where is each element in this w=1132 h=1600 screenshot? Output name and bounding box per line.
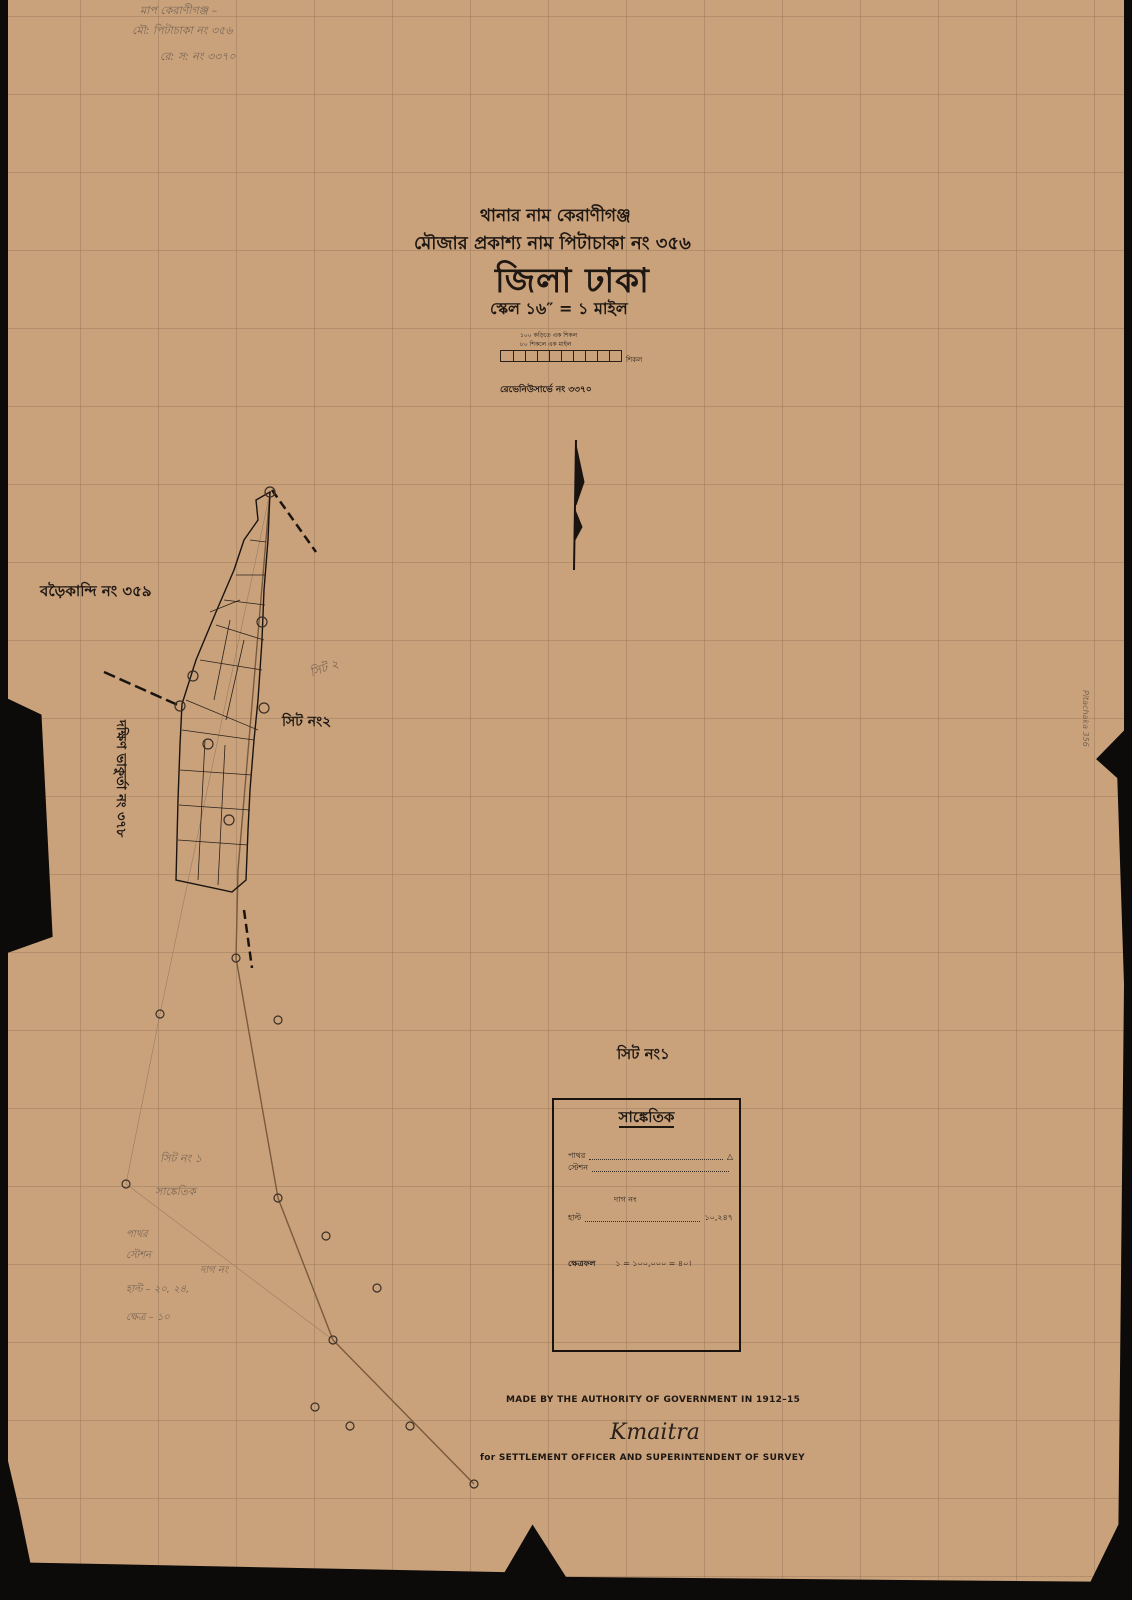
triangle-icon: △ [727, 1152, 733, 1161]
map-scale: স্কেল ১৬″ = ১ মাইল [490, 296, 628, 323]
sheet-1-label: সিট নং১ [617, 1043, 670, 1068]
legend-title: সাঙ্কেতিক [619, 1108, 675, 1128]
sheet-2-label: সিট নং২ [282, 710, 331, 734]
officer-signature: Kmaitra [610, 1420, 700, 1445]
thana-name: থানার নাম কেরাণীগঞ্জ [480, 203, 631, 231]
officer-title: for SETTLEMENT OFFICER AND SUPERINTENDEN… [480, 1453, 805, 1463]
pencil-note-sheet2: সিট ২ [307, 656, 342, 685]
revenue-survey-number: রেভেনিউসার্ভে নং ৩৩৭০ [500, 382, 592, 397]
pencil-note-left-1: সিট নং ১ [160, 1150, 202, 1169]
legend-row-area: ক্ষেত্রফল ১ = ১০০,০০০ = ৪০। [568, 1258, 733, 1271]
pencil-note-top-2: মৌ: পিটাচাকা নং ৩৫৬ [132, 22, 232, 41]
pencil-note-top-1: মাপ কেরাণীগঞ্জ – [140, 2, 217, 21]
pencil-note-left-7: ক্ষেত্র – ১০ [126, 1310, 170, 1327]
pencil-note-right: Pitachaka 356 [1081, 690, 1090, 747]
pencil-note-top-3: রে: স: নং ৩৩৭০ [160, 48, 236, 67]
legend-box: সাঙ্কেতিক পাথর △ স্টেশন দাগ নং হাল্ট ১০,… [552, 1098, 741, 1352]
pencil-note-left-2: সাঙ্কেতিক [155, 1183, 196, 1202]
scale-unit: শিকল [626, 354, 642, 366]
pencil-note-left-3: পাথর [126, 1227, 148, 1244]
authority-note: MADE BY THE AUTHORITY OF GOVERNMENT IN 1… [506, 1395, 800, 1405]
map-annotations: থানার নাম কেরাণীগঞ্জ মৌজার প্রকাশ্য নাম … [0, 0, 1132, 1600]
legend-row-station: স্টেশন [568, 1162, 733, 1175]
pencil-note-left-6: হাল্ট – ২০, ২৪, [126, 1282, 189, 1299]
pencil-note-left-5: দাগ নং [200, 1263, 228, 1280]
legend-dag-label: দাগ নং [614, 1194, 637, 1207]
scale-note-2: ৮০ শিকলে এক মাইল [520, 339, 571, 350]
scale-ruler [500, 350, 622, 362]
neighbor-mouza-378: দক্ষিণ ভাকুর্তা নং ৩৭৮ [109, 720, 130, 837]
legend-row-halt: হাল্ট ১০,২৪৭ [568, 1212, 733, 1225]
pencil-note-left-4: স্টেশন [126, 1248, 151, 1265]
scale-bar: ১০০ কড়িতে এক শিকল ৮০ শিকলে এক মাইল শিকল [498, 330, 628, 370]
neighbor-mouza-359: বড়ৈকান্দি নং ৩৫৯ [40, 580, 152, 605]
